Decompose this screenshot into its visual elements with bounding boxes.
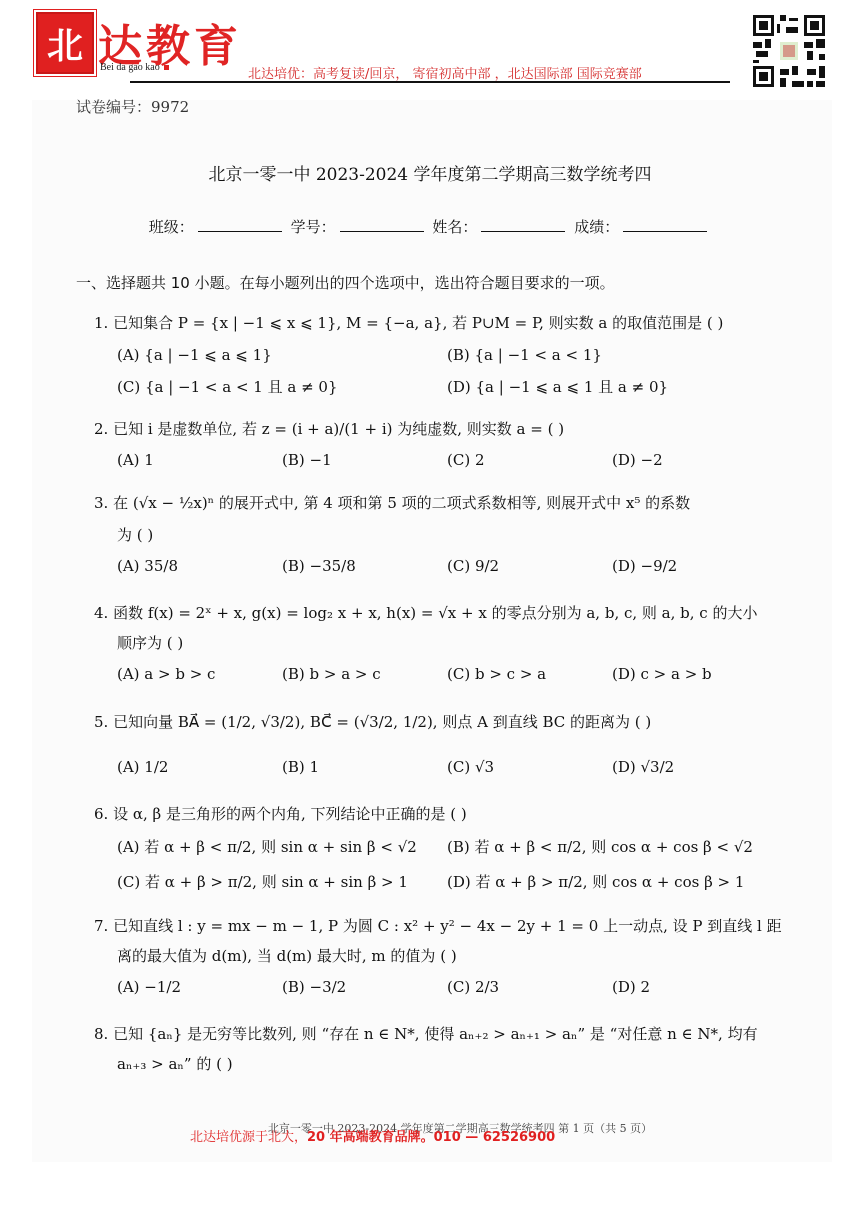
option-a: (A) a > b > c: [117, 665, 215, 683]
option-b: (B) 若 α + β < π/2, 则 cos α + cos β < √2: [447, 836, 753, 857]
page-title: 北京一零一中 2023-2024 学年度第二学期高三数学统考四: [0, 160, 860, 185]
question-7-stem: 7. 已知直线 l : y = mx − m − 1, P 为圆 C : x² …: [94, 911, 782, 941]
page-header: 北 达教育 Bei da gao kao 北达培优：高考复读/回京， 寄宿初高中…: [0, 0, 860, 100]
question-8-stem-cont: aₙ₊₃ > aₙ” 的 ( ): [117, 1049, 233, 1079]
option-a: (A) 若 α + β < π/2, 则 sin α + sin β < √2: [117, 836, 417, 857]
option-b: (B) 1: [282, 758, 319, 776]
option-b: (B) {a | −1 < a < 1}: [447, 346, 602, 364]
option-a: (A) 35/8: [117, 557, 178, 575]
class-label: 班级：: [149, 218, 194, 236]
section-heading: 一、选择题共 10 小题。在每小题列出的四个选项中，选出符合题目要求的一项。: [76, 272, 615, 293]
option-c: (C) {a | −1 < a < 1 且 a ≠ 0}: [117, 376, 338, 397]
option-b: (B) −35/8: [282, 557, 356, 575]
exam-number: 试卷编号：9972: [76, 96, 189, 117]
option-c: (C) √3: [447, 758, 494, 776]
question-8-stem: 8. 已知 {aₙ} 是无穷等比数列, 则 “存在 n ∈ N*, 使得 aₙ₊…: [94, 1019, 758, 1049]
qr-code-icon: [750, 12, 828, 90]
score-label: 成绩：: [574, 218, 619, 236]
student-info-fields: 班级： 学号： 姓名： 成绩：: [0, 216, 860, 237]
logo-subtitle-text: Bei da gao kao: [100, 62, 160, 73]
option-a: (A) −1/2: [117, 978, 181, 996]
footer-advert-text: 北达培优源于北大，: [190, 1130, 307, 1145]
option-c: (C) 2: [447, 451, 485, 469]
student-no-label: 学号：: [291, 218, 336, 236]
option-c: (C) 9/2: [447, 557, 499, 575]
option-d: (D) −2: [612, 451, 663, 469]
option-d: (D) {a | −1 ⩽ a ⩽ 1 且 a ≠ 0}: [447, 376, 668, 397]
logo-subtitle: Bei da gao kao: [100, 62, 169, 73]
student-no-blank: [340, 217, 424, 232]
option-b: (B) −3/2: [282, 978, 346, 996]
option-a: (A) 1/2: [117, 758, 168, 776]
option-d: (D) c > a > b: [612, 665, 712, 683]
red-square-icon: [164, 65, 169, 70]
question-5-stem: 5. 已知向量 BA⃗ = (1/2, √3/2), BC⃗ = (√3/2, …: [94, 707, 651, 737]
option-d: (D) 2: [612, 978, 650, 996]
question-6-stem: 6. 设 α, β 是三角形的两个内角, 下列结论中正确的是 ( ): [94, 799, 467, 829]
header-slogan: 北达培优：高考复读/回京， 寄宿初高中部 ，北达国际部 国际竞赛部: [248, 63, 642, 82]
question-2-stem: 2. 已知 i 是虚数单位, 若 z = (i + a)/(1 + i) 为纯虚…: [94, 414, 564, 444]
option-d: (D) √3/2: [612, 758, 674, 776]
footer-advert-phone: 20 年高端教育品牌。010 — 62526900: [307, 1130, 555, 1145]
class-blank: [198, 217, 282, 232]
question-3-stem: 3. 在 (√x − ½x)ⁿ 的展开式中, 第 4 项和第 5 项的二项式系数…: [94, 488, 690, 518]
footer-advert: 北达培优源于北大，20 年高端教育品牌。010 — 62526900: [190, 1126, 555, 1145]
option-c: (C) 若 α + β > π/2, 则 sin α + sin β > 1: [117, 871, 408, 892]
option-d: (D) −9/2: [612, 557, 677, 575]
name-label: 姓名：: [432, 218, 477, 236]
score-blank: [623, 217, 707, 232]
option-c: (C) b > c > a: [447, 665, 546, 683]
option-b: (B) b > a > c: [282, 665, 381, 683]
question-3-stem-cont: 为 ( ): [117, 520, 153, 550]
option-b: (B) −1: [282, 451, 332, 469]
name-blank: [481, 217, 565, 232]
question-7-stem-cont: 离的最大值为 d(m), 当 d(m) 最大时, m 的值为 ( ): [117, 941, 457, 971]
header-divider: [130, 81, 730, 83]
question-4-stem: 4. 函数 f(x) = 2ˣ + x, g(x) = log₂ x + x, …: [94, 598, 757, 628]
option-c: (C) 2/3: [447, 978, 499, 996]
option-a: (A) {a | −1 ⩽ a ⩽ 1}: [117, 346, 272, 364]
question-1-stem: 1. 已知集合 P = {x | −1 ⩽ x ⩽ 1}, M = {−a, a…: [94, 308, 723, 338]
option-a: (A) 1: [117, 451, 154, 469]
option-d: (D) 若 α + β > π/2, 则 cos α + cos β > 1: [447, 871, 744, 892]
logo-mark: 北: [36, 12, 94, 74]
question-4-stem-cont: 顺序为 ( ): [117, 628, 183, 658]
